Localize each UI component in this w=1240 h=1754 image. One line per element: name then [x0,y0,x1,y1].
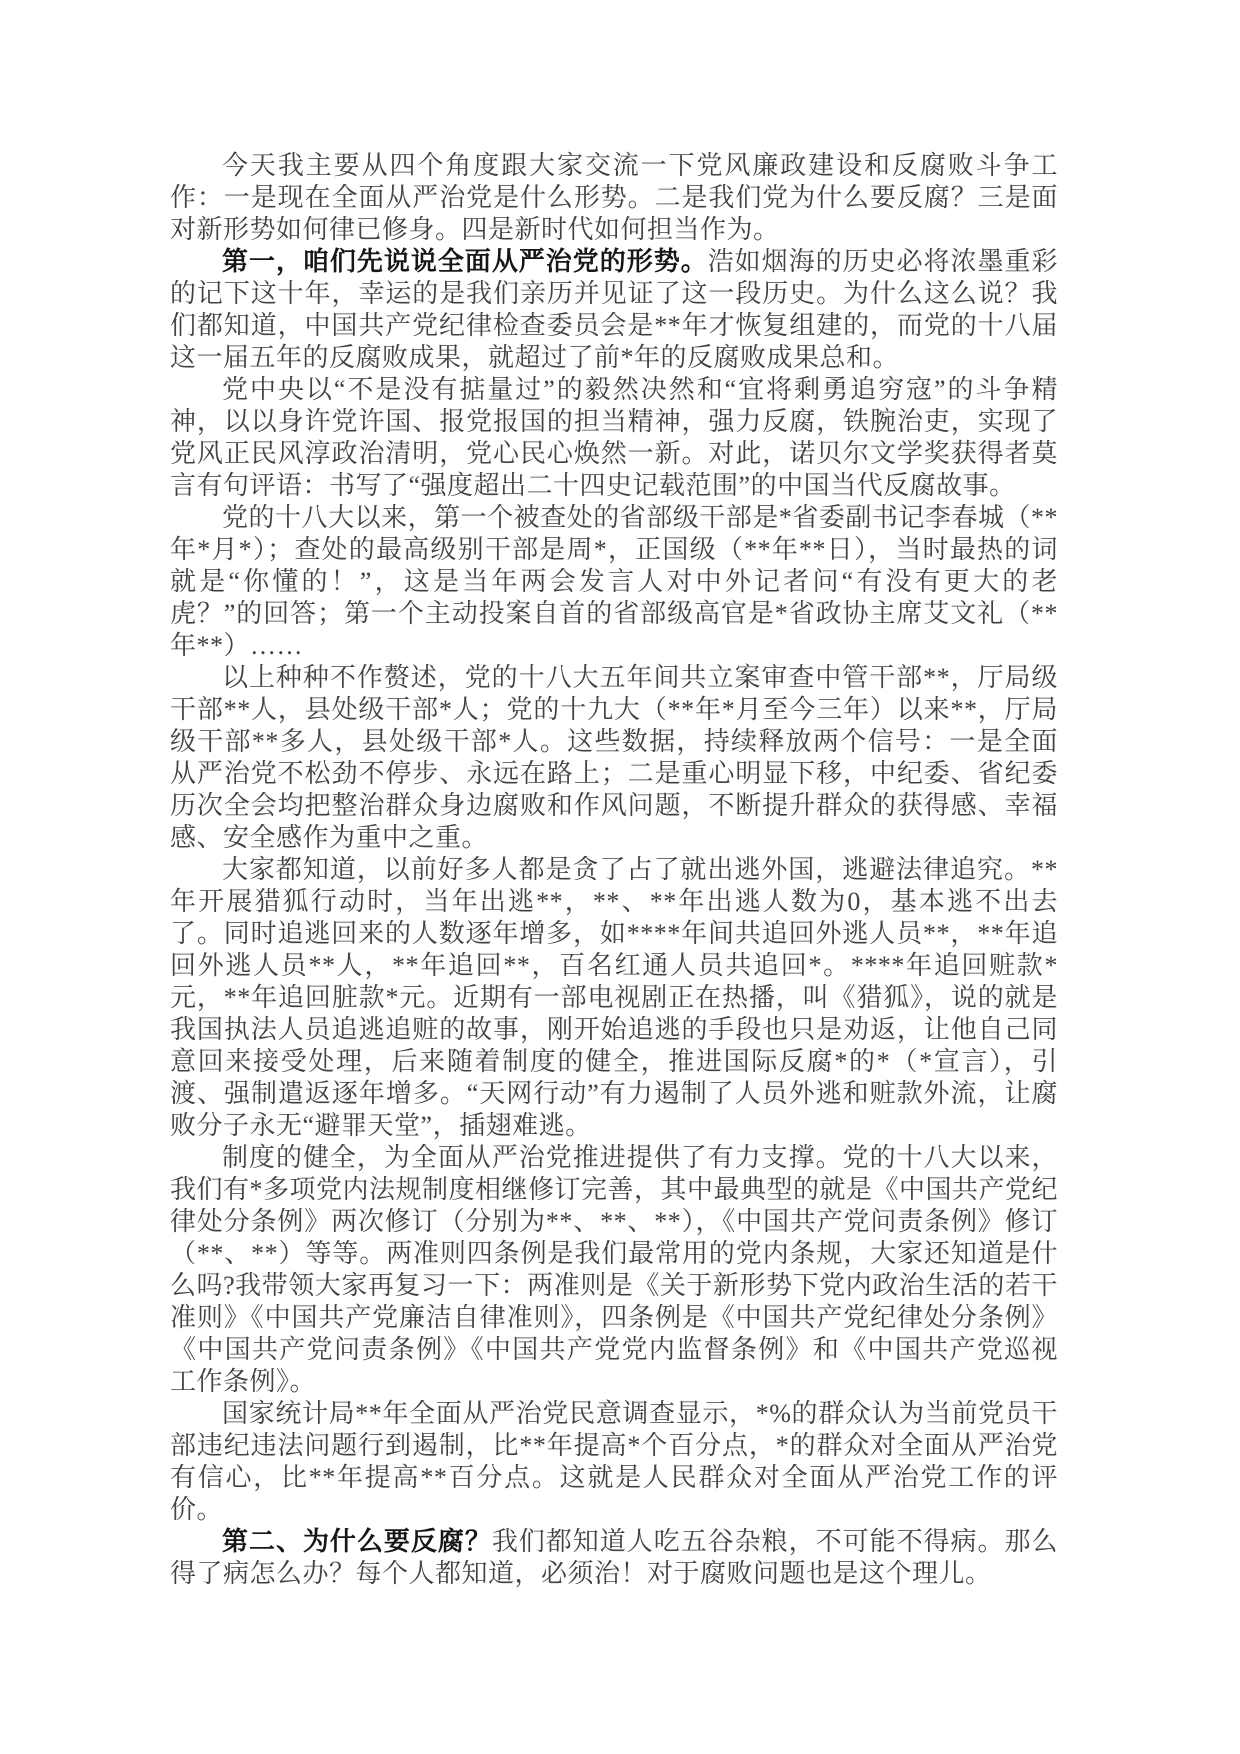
paragraph-text: 党中央以“不是没有掂量过”的毅然决然和“宜将剩勇追穷寇”的斗争精神，以以身许党许… [170,375,1058,500]
paragraph-text: 今天我主要从四个角度跟大家交流一下党风廉政建设和反腐败斗争工作：一是现在全面从严… [170,151,1058,244]
paragraph-central-committee: 党中央以“不是没有掂量过”的毅然决然和“宜将剩勇追穷寇”的斗争精神，以以身许党许… [170,374,1058,502]
paragraph-text: 国家统计局**年全面从严治党民意调查显示，*%的群众认为当前党员干部违纪违法问题… [170,1399,1058,1524]
paragraph-lead: 第二、为什么要反腐？ [222,1527,492,1556]
paragraph-lead: 第一，咱们先说说全面从严治党的形势。 [222,247,708,276]
paragraph-fox-hunt: 大家都知道，以前好多人都是贪了占了就出逃外国，逃避法律追究。**年开展猎狐行动时… [170,854,1058,1142]
paragraph-text: 制度的健全，为全面从严治党推进提供了有力支撑。党的十八大以来，我们有*多项党内法… [170,1143,1058,1396]
paragraph-survey: 国家统计局**年全面从严治党民意调查显示，*%的群众认为当前党员干部违纪违法问题… [170,1398,1058,1526]
paragraph-regulations: 制度的健全，为全面从严治党推进提供了有力支撑。党的十八大以来，我们有*多项党内法… [170,1142,1058,1398]
paragraph-section1-heading: 第一，咱们先说说全面从严治党的形势。浩如烟海的历史必将浓墨重彩的记下这十年，幸运… [170,246,1058,374]
document-page: 今天我主要从四个角度跟大家交流一下党风廉政建设和反腐败斗争工作：一是现在全面从严… [0,0,1240,1754]
paragraph-statistics: 以上种种不作赘述，党的十八大五年间共立案审查中管干部**，厅局级干部**人，县处… [170,662,1058,854]
paragraph-first-cases: 党的十八大以来，第一个被查处的省部级干部是*省委副书记李春城（**年*月*）；查… [170,502,1058,662]
paragraph-text: 以上种种不作赘述，党的十八大五年间共立案审查中管干部**，厅局级干部**人，县处… [170,663,1058,852]
paragraph-section2-heading: 第二、为什么要反腐？我们都知道人吃五谷杂粮，不可能不得病。那么得了病怎么办？每个… [170,1526,1058,1590]
paragraph-intro: 今天我主要从四个角度跟大家交流一下党风廉政建设和反腐败斗争工作：一是现在全面从严… [170,150,1058,246]
document-text-block: 今天我主要从四个角度跟大家交流一下党风廉政建设和反腐败斗争工作：一是现在全面从严… [170,150,1058,1590]
paragraph-text: 党的十八大以来，第一个被查处的省部级干部是*省委副书记李春城（**年*月*）；查… [170,503,1058,660]
paragraph-text: 大家都知道，以前好多人都是贪了占了就出逃外国，逃避法律追究。**年开展猎狐行动时… [170,855,1058,1140]
